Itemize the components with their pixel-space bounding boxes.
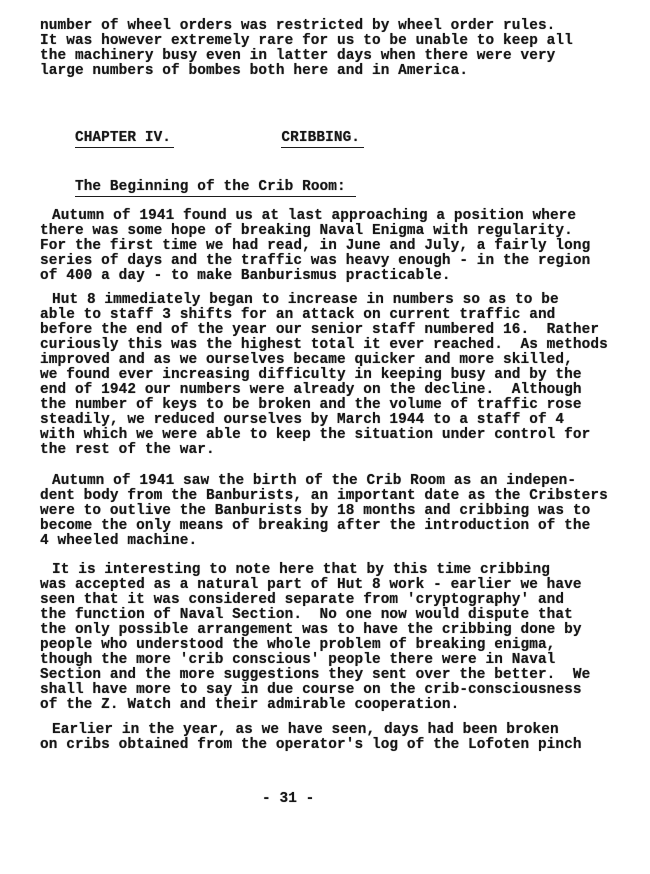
section-heading-text: The Beginning of the Crib Room: <box>75 180 356 197</box>
chapter-title: CRIBBING. <box>281 131 364 148</box>
document-page: number of wheel orders was restricted by… <box>0 0 650 874</box>
page-number: - 31 - <box>262 792 314 807</box>
section-heading: The Beginning of the Crib Room: <box>40 165 356 212</box>
chapter-heading: CHAPTER IV. CRIBBING. <box>40 116 600 136</box>
continuation-paragraph: number of wheel orders was restricted by… <box>40 19 573 79</box>
chapter-number: CHAPTER IV. <box>75 131 174 148</box>
paragraph-crib-room-birth: Autumn of 1941 saw the birth of the Crib… <box>40 474 608 549</box>
paragraph-hut8-staffing: Hut 8 immediately began to increase in n… <box>40 293 608 458</box>
paragraph-cribbing-acceptance: It is interesting to note here that by t… <box>40 563 590 713</box>
paragraph-crib-room-origin: Autumn of 1941 found us at last approach… <box>40 209 590 284</box>
paragraph-lofoten-pinch: Earlier in the year, as we have seen, da… <box>40 723 582 753</box>
